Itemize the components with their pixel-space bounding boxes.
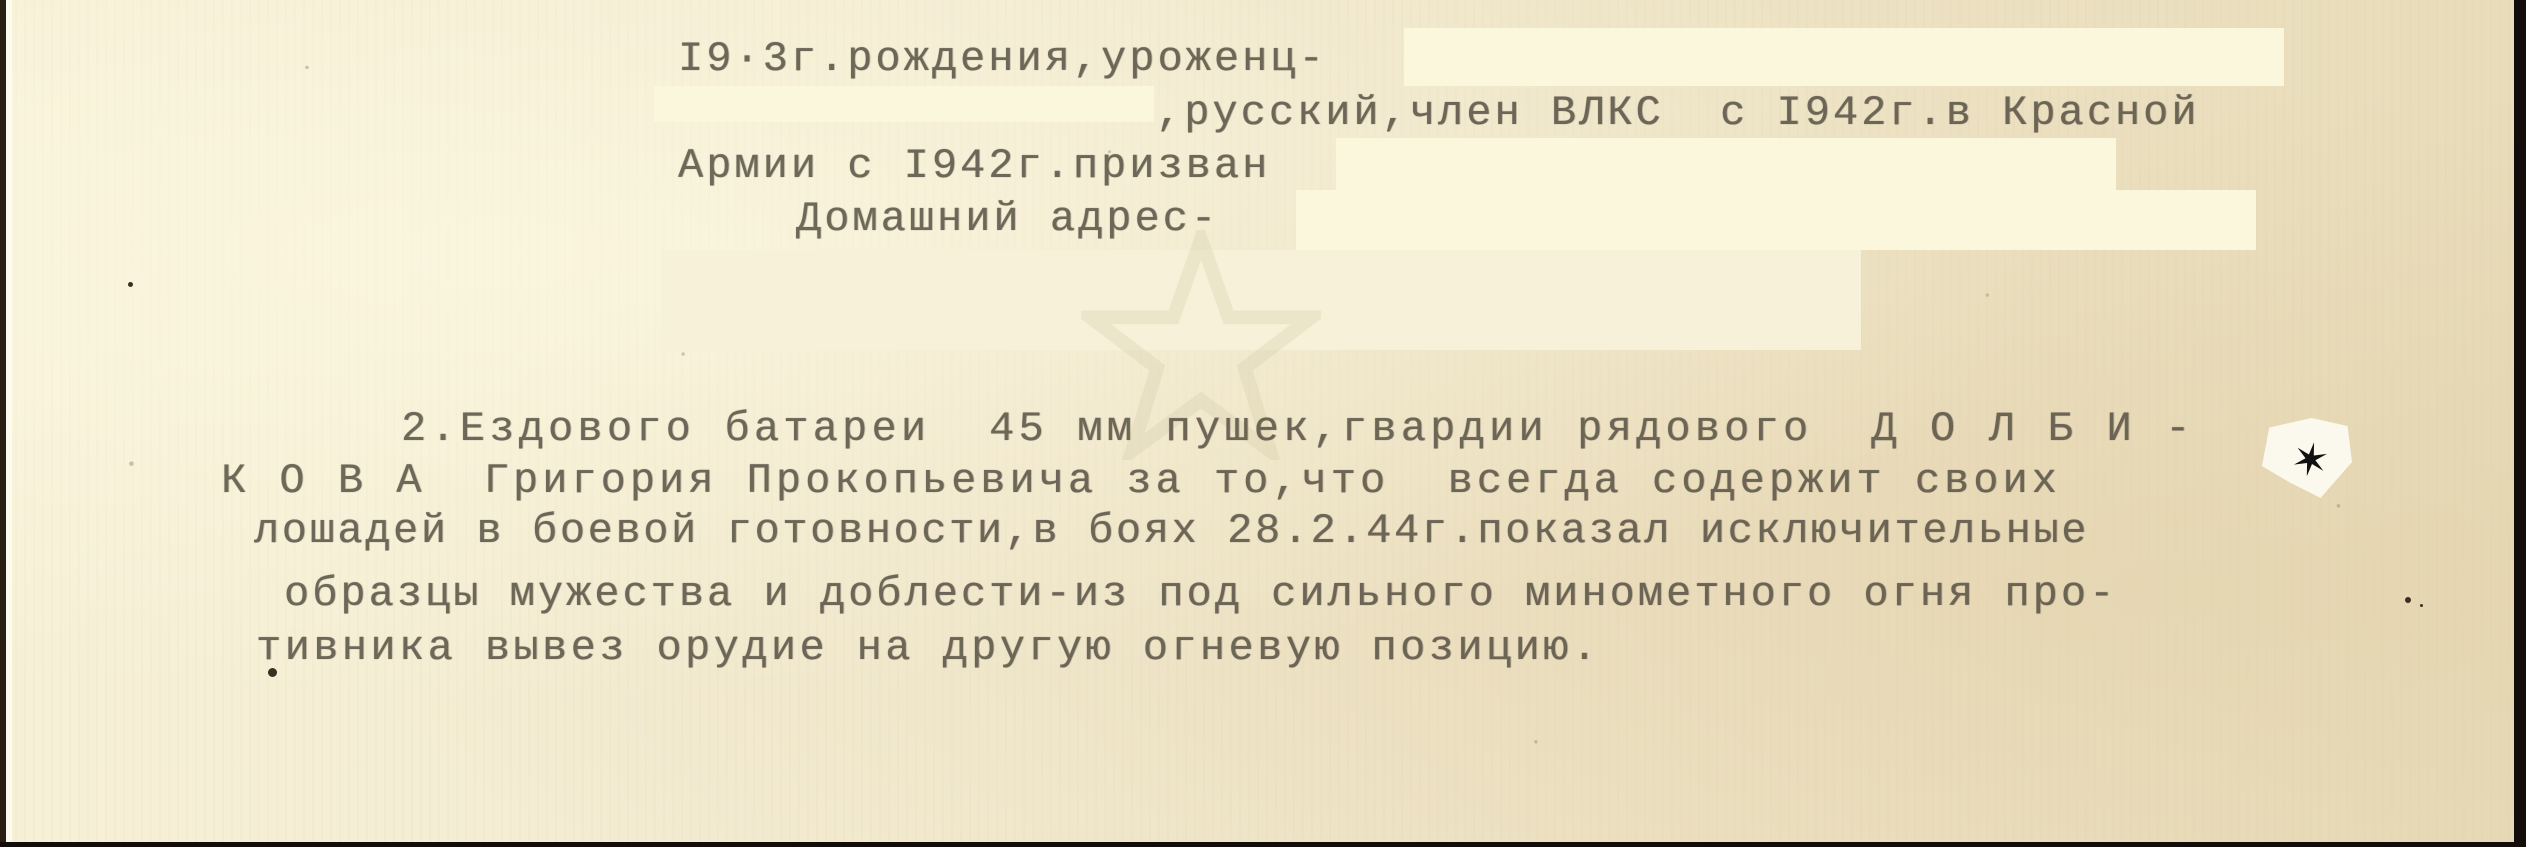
personal-info-line-3: Армии с I942г.призван bbox=[678, 145, 1270, 187]
citation-line-4: образцы мужества и доблести-из под сильн… bbox=[284, 573, 2117, 615]
redaction-birthplace bbox=[1404, 28, 2284, 86]
personal-info-line-2: ,русский,член ВЛКС с I942г.в Красной bbox=[1156, 92, 2200, 134]
redaction-birthplace-continued bbox=[654, 86, 1154, 122]
citation-line-2: К О В А Григория Прокопьевича за то,что … bbox=[221, 460, 2061, 502]
citation-line-1: 2.Ездового батареи 45 мм пушек,гвардии р… bbox=[401, 408, 2195, 450]
scan-bottom-edge bbox=[0, 842, 2526, 847]
ink-speck bbox=[268, 668, 277, 677]
redaction-draft-office bbox=[1336, 138, 2116, 190]
personal-info-line-1: I9·3г.рождения,уроженц- bbox=[678, 38, 1327, 80]
ink-speck bbox=[128, 282, 133, 287]
redaction-home-address bbox=[1296, 190, 2256, 250]
scan-right-edge bbox=[2514, 0, 2526, 847]
citation-line-3: лошадей в боевой готовности,в боях 28.2.… bbox=[254, 510, 2089, 552]
document-page: I9·3г.рождения,уроженц- ,русский,член ВЛ… bbox=[6, 0, 2514, 843]
ink-speck bbox=[2420, 604, 2423, 607]
ink-speck bbox=[2405, 597, 2411, 603]
personal-info-line-4: Домашний адрес- bbox=[796, 198, 1219, 240]
citation-line-5: тивника вывез орудие на другую огневую п… bbox=[256, 627, 1600, 669]
